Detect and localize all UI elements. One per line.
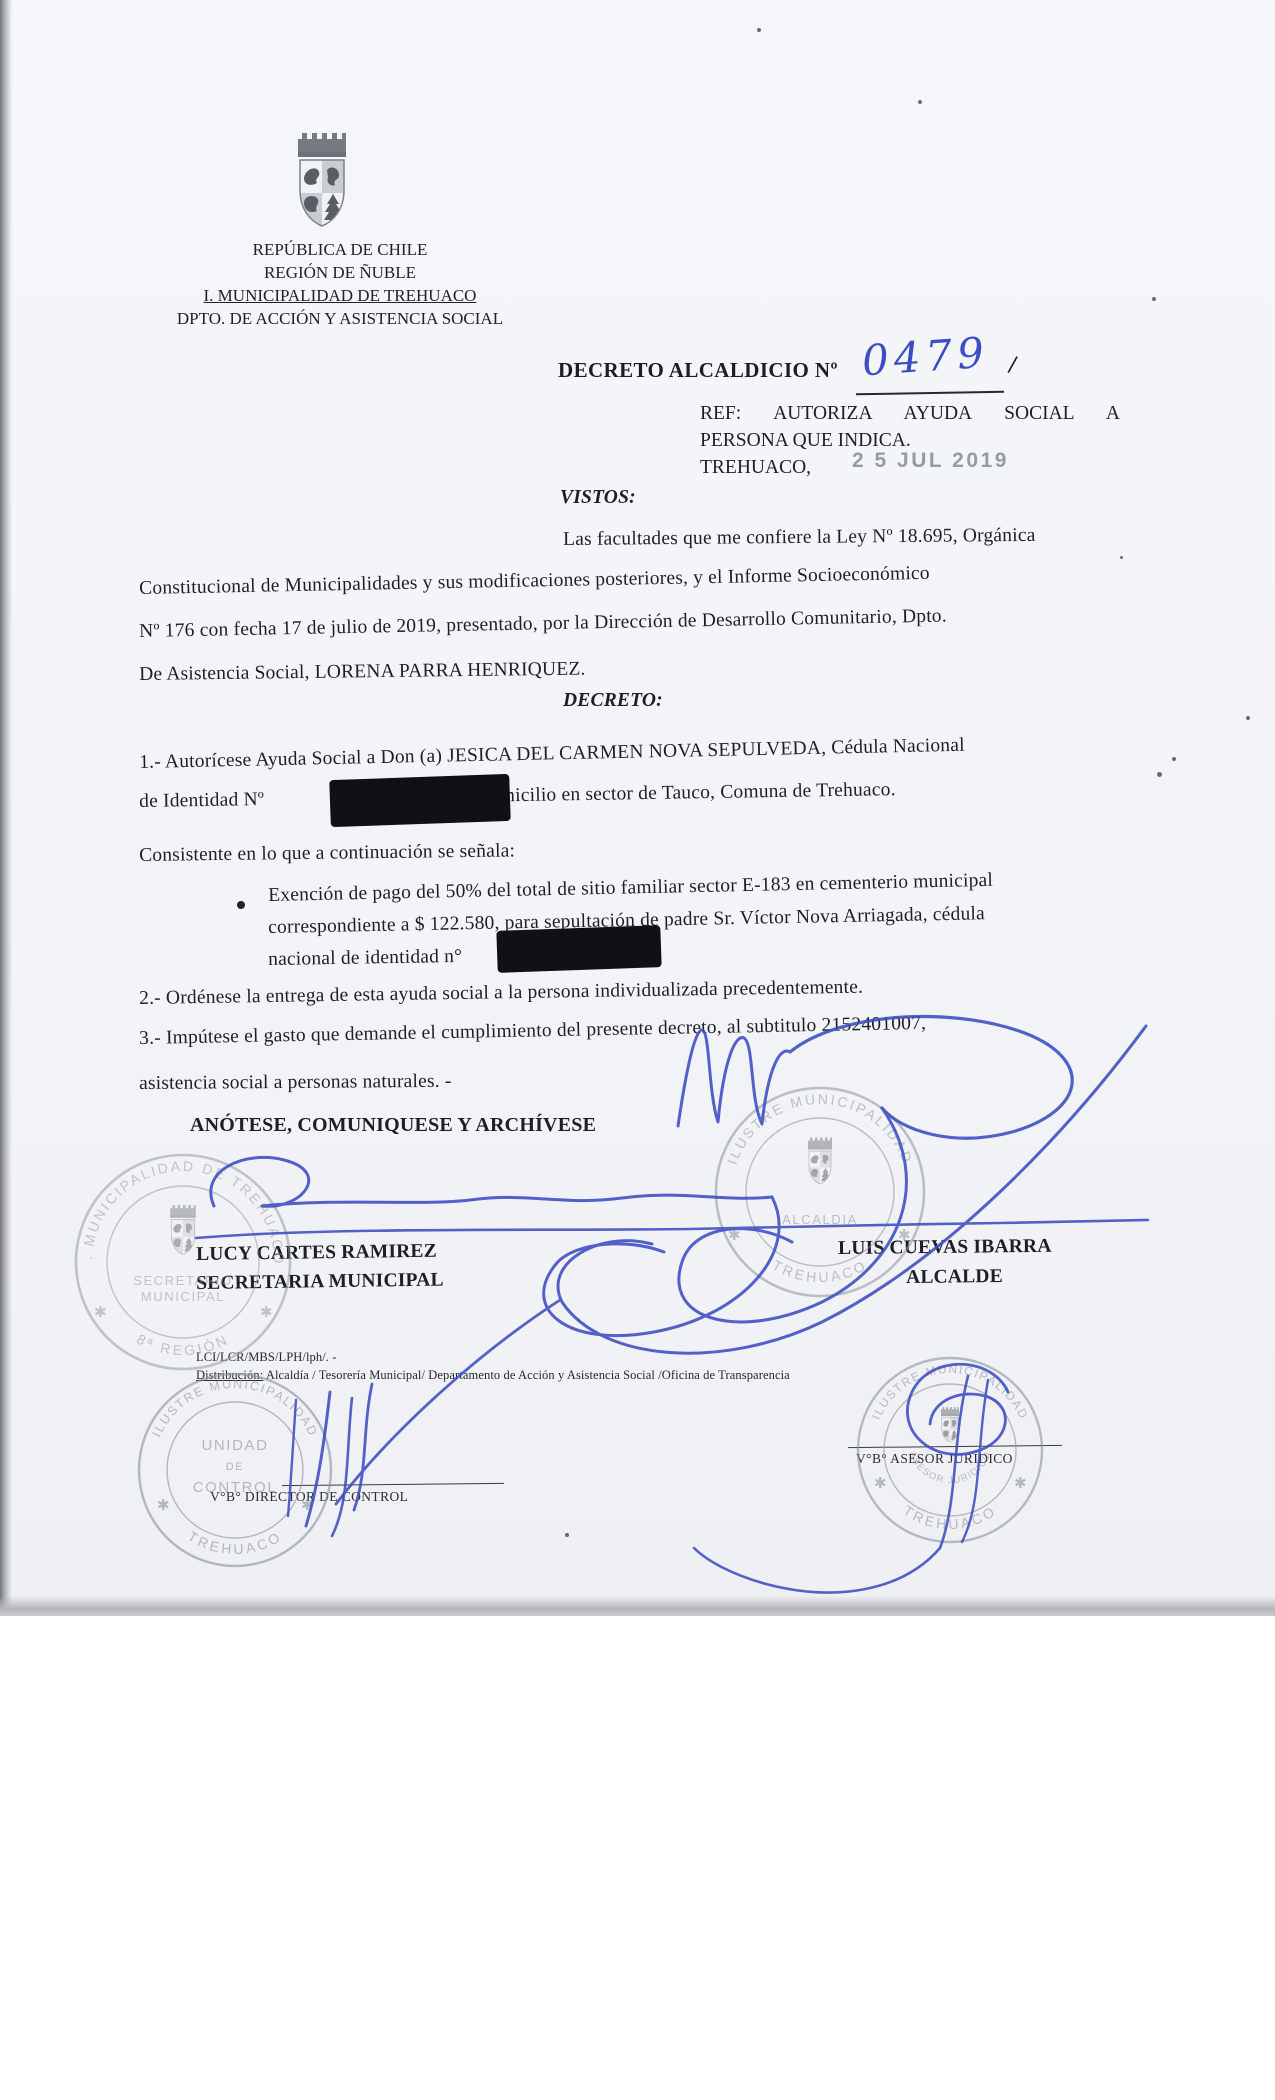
bullet-line-3: nacional de identidad n° [268, 946, 462, 971]
stamp-arc-bottom: 8ª REGIÓN [134, 1331, 231, 1359]
decreto-label: DECRETO: [563, 690, 663, 712]
anotese-line: ANÓTESE, COMUNIQUESE Y ARCHÍVESE [190, 1114, 596, 1137]
decree-title: DECRETO ALCALDICIO Nº [558, 358, 838, 383]
stamp-crest-icon [170, 1205, 196, 1255]
scan-speck [565, 1533, 569, 1537]
vistos-label: VISTOS: [560, 487, 636, 509]
item1-line-2-pre: de Identidad Nº [139, 789, 264, 812]
stamp-center: ALCALDIA [782, 1212, 858, 1227]
letterhead-department: DPTO. DE ACCIÓN Y ASISTENCIA SOCIAL [125, 307, 555, 330]
consistente-line: Consistente en lo que a continuación se … [139, 840, 515, 867]
scan-speck [757, 28, 761, 32]
decree-number-handwritten: 0479 [860, 328, 990, 386]
item3-line-2: asistencia social a personas naturales. … [139, 1071, 452, 1095]
stamp-star-left: ✱ [874, 1475, 887, 1492]
letterhead-municipality: I. MUNICIPALIDAD DE TREHUACO [125, 284, 555, 307]
distribution-text: Alcaldía / Tesorería Municipal/ Departam… [263, 1368, 790, 1382]
scan-speck [1152, 297, 1156, 301]
ref-line-1: REF: AUTORIZA AYUDA SOCIAL A [700, 400, 1120, 427]
coat-of-arms-icon [290, 126, 354, 230]
scanned-decree-page: REPÚBLICA DE CHILE REGIÓN DE ÑUBLE I. MU… [0, 0, 1275, 2100]
letterhead-country: REPÚBLICA DE CHILE [125, 238, 555, 261]
stamp-asesor-juridico: ILUSTRE MUNICIPALIDAD TREHUACO ✱ ✱ ASESO… [852, 1352, 1048, 1548]
stamp-crest-icon [808, 1138, 832, 1185]
scan-speck [1120, 556, 1123, 559]
stamp-star-left: ✱ [157, 1497, 170, 1514]
stamp-arc-bottom: TREHUACO [185, 1528, 285, 1557]
stamp-star-left: ✱ [728, 1227, 741, 1244]
scan-speck [1246, 716, 1250, 720]
stamp-arc-bottom: TREHUACO [770, 1257, 870, 1286]
stamp-center-1: UNIDAD [201, 1437, 268, 1454]
stamp-secretario-municipal: I. MUNICIPALIDAD DE TREHUACO 8ª REGIÓN ✱… [60, 1139, 306, 1385]
stamp-center-arc: ASESOR JURIDICO [907, 1450, 994, 1486]
bullet-dot-icon [237, 901, 245, 909]
stamp-center-2: DE [226, 1461, 244, 1473]
scan-speck [918, 100, 922, 104]
body-line-1: Las facultades que me confiere la Ley Nº… [563, 525, 1036, 551]
stamp-arc-bottom: TREHUACO [900, 1502, 999, 1532]
redaction-box-id-1 [329, 774, 511, 827]
stamp-unidad-control: ILUSTRE MUNICIPALIDAD TREHUACO ✱ ✱ UNIDA… [133, 1368, 337, 1572]
stamp-arc-top: ILUSTRE MUNICIPALIDAD [150, 1377, 321, 1439]
letterhead-region: REGIÓN DE ÑUBLE [125, 261, 555, 284]
stamp-star-right: ✱ [260, 1304, 273, 1321]
redaction-box-id-2 [496, 925, 661, 973]
stamp-star-left: ✱ [94, 1304, 107, 1321]
stamp-center-1: SECRETARIO [133, 1273, 233, 1288]
stamp-star-right: ✱ [898, 1227, 911, 1244]
stamp-center-2: MUNICIPAL [141, 1289, 225, 1304]
scan-speck [1172, 757, 1176, 761]
scan-bottom-edge [0, 1596, 1275, 1616]
stamp-crest-icon [941, 1407, 959, 1442]
stamp-star-right: ✱ [301, 1497, 314, 1514]
stamp-alcaldia: ILUSTRE MUNICIPALIDAD TREHUACO ✱ ✱ ALCAL… [700, 1072, 940, 1312]
scan-speck [1157, 772, 1162, 777]
letterhead: REPÚBLICA DE CHILE REGIÓN DE ÑUBLE I. MU… [125, 238, 555, 330]
date-stamp: 2 5 JUL 2019 [852, 449, 1009, 473]
stamp-center-3: CONTROL [193, 1479, 278, 1496]
scan-left-edge [0, 0, 12, 1616]
stamp-star-right: ✱ [1014, 1475, 1027, 1492]
